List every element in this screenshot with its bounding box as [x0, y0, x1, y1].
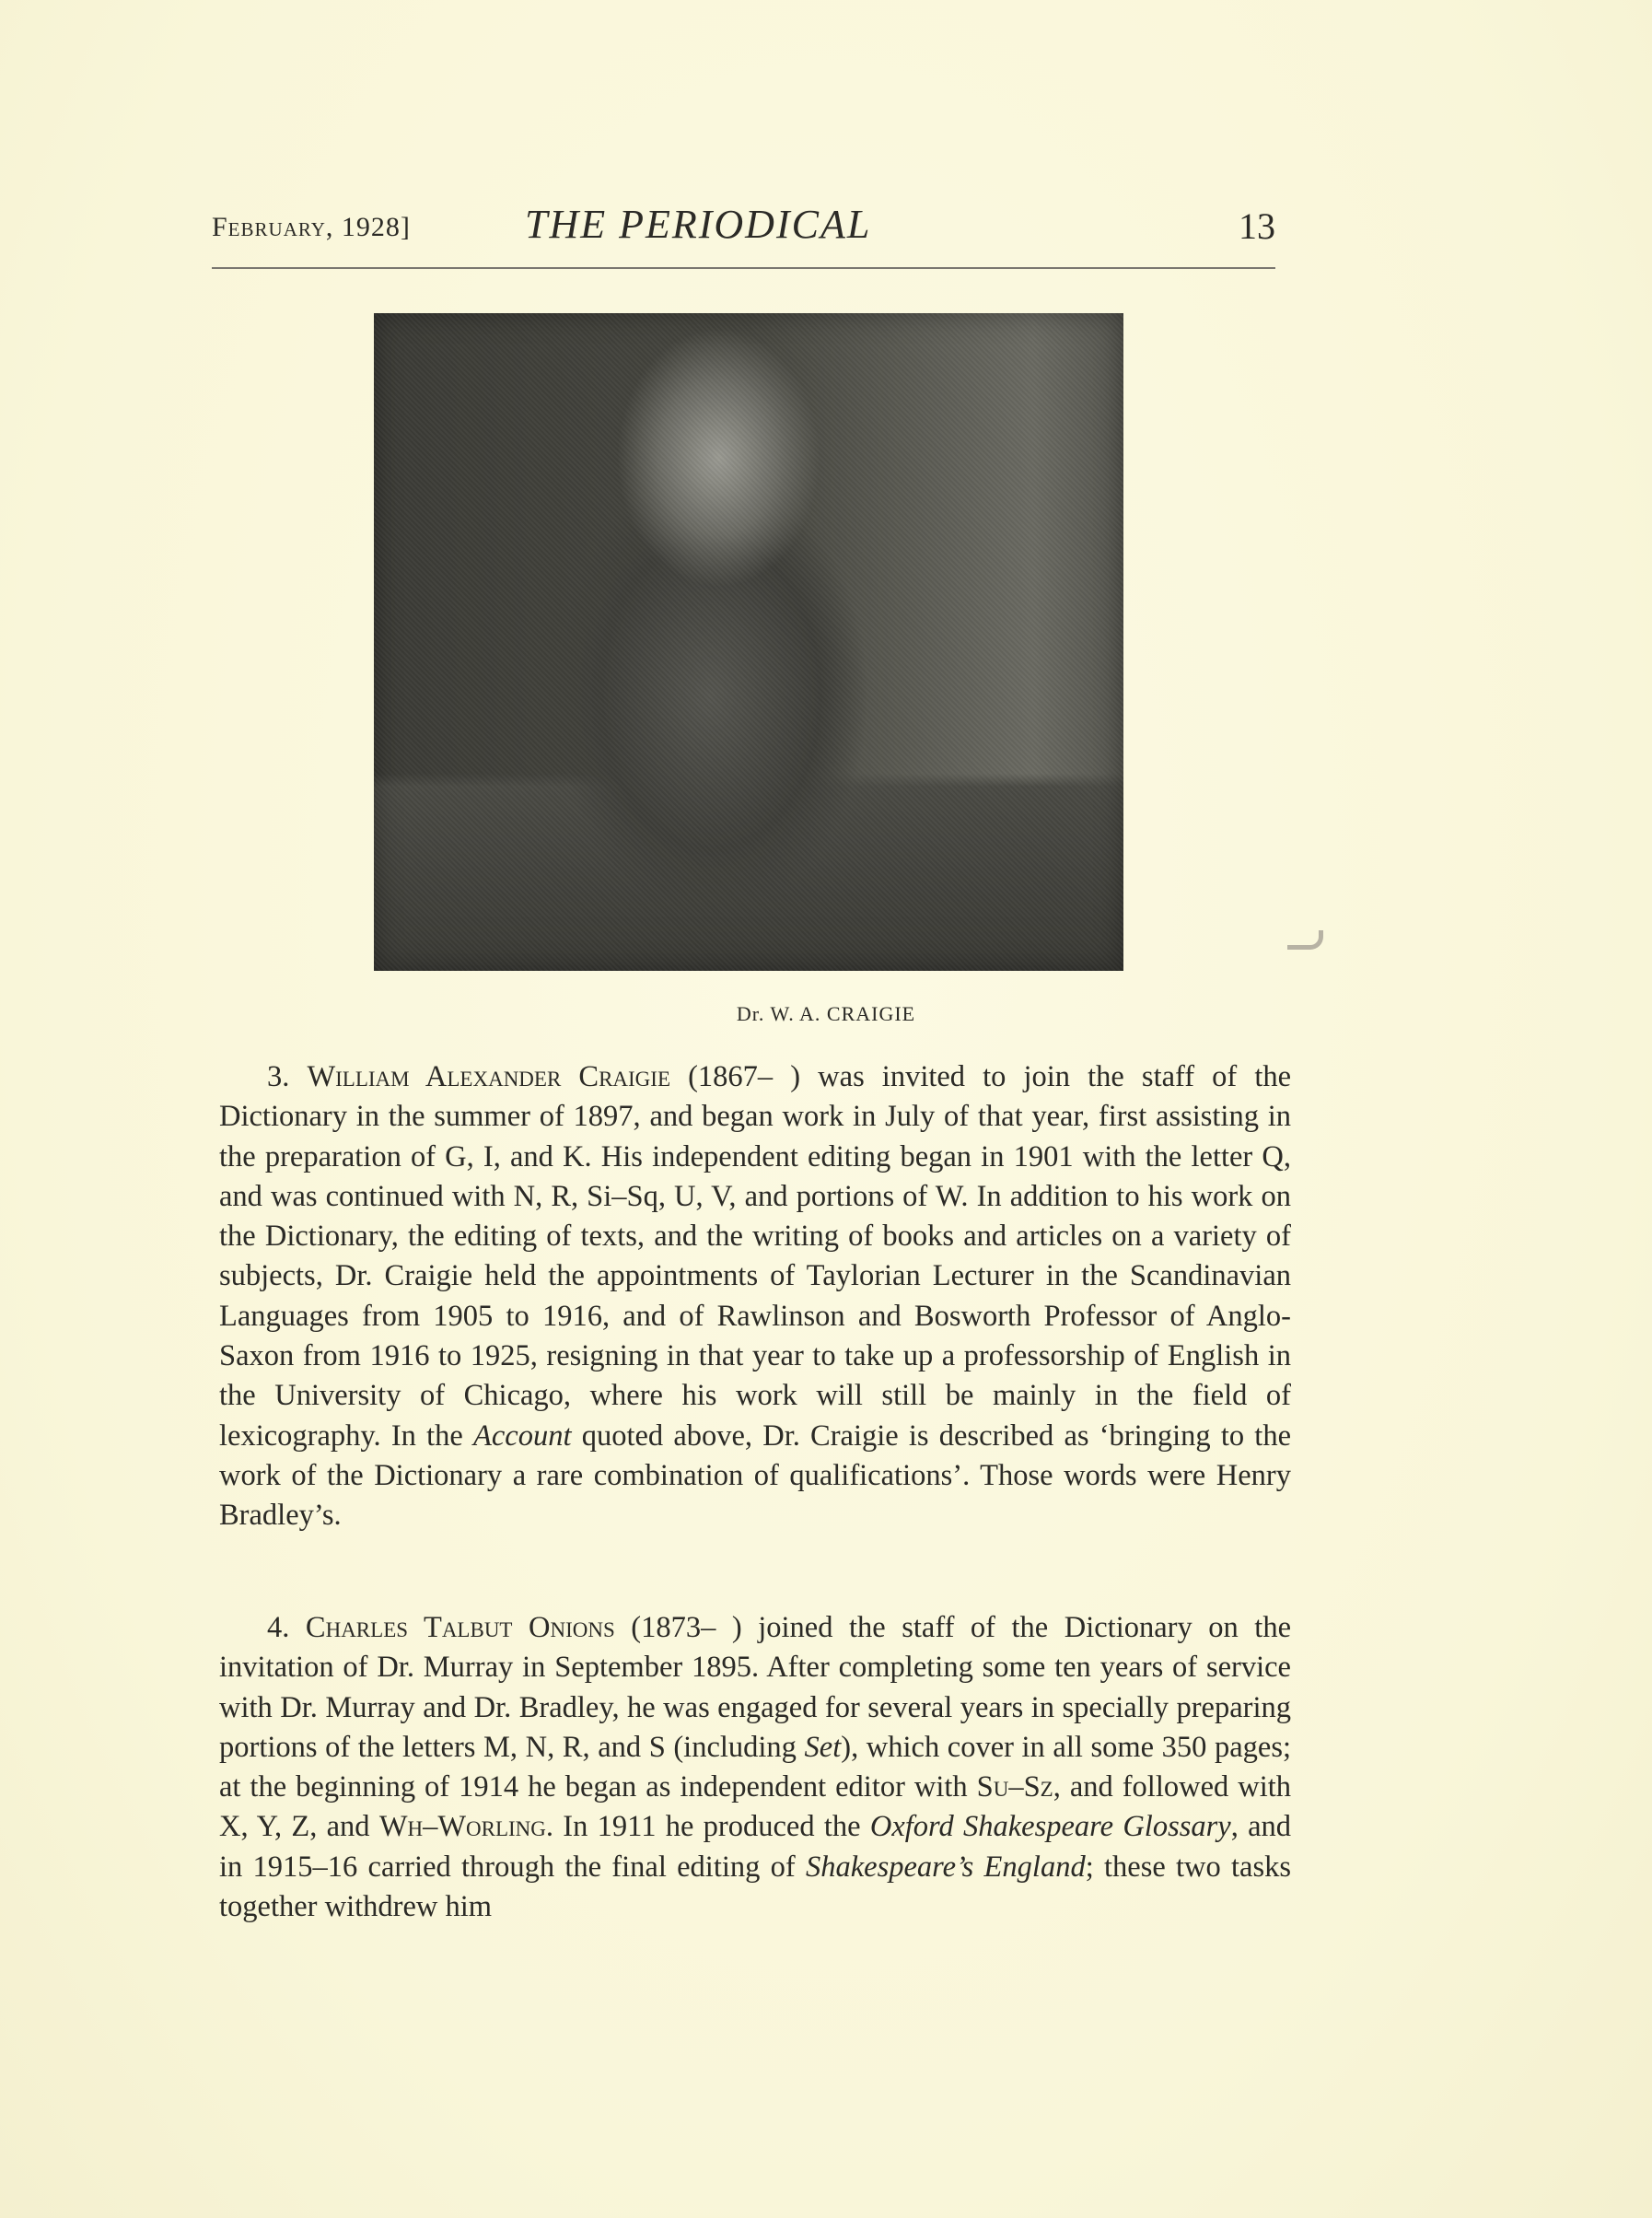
photo-caption: Dr. W. A. CRAIGIE — [0, 1002, 1652, 1026]
paragraph-onions: 4. Charles Talbut Onions (1873– ) joined… — [219, 1608, 1291, 1927]
paragraph-text: was invited to join the staff of the Dic… — [219, 1060, 1291, 1453]
running-head: February, 1928] THE PERIODICAL 13 — [212, 201, 1275, 256]
issue-date: February, 1928] — [212, 212, 411, 243]
page-number: 13 — [1239, 204, 1275, 248]
person-name: Charles Talbut Onions — [306, 1611, 615, 1644]
header-rule — [212, 267, 1275, 269]
page: February, 1928] THE PERIODICAL 13 Dr. W.… — [0, 0, 1652, 2218]
paragraph-number: 4. — [267, 1611, 289, 1644]
account-title: Account — [473, 1419, 571, 1453]
person-name: William Alexander Craigie — [307, 1060, 670, 1093]
life-dates: (1867– ) — [688, 1060, 800, 1093]
book-title-glossary: Oxford Shakespeare Glossary — [870, 1810, 1231, 1843]
letter-range-wh-worling: Wh–Worling — [379, 1810, 546, 1843]
paragraph-craigie: 3. William Alexander Craigie (1867– ) wa… — [219, 1057, 1291, 1536]
photo-halftone-texture — [374, 313, 1123, 971]
letter-range-su-sz: Su–Sz — [977, 1770, 1053, 1804]
italic-term-set: Set — [805, 1731, 842, 1764]
life-dates: (1873– ) — [631, 1611, 741, 1644]
portrait-photo — [374, 313, 1123, 971]
paragraph-text: . In 1911 he produced the — [546, 1810, 861, 1843]
periodical-title: THE PERIODICAL — [525, 201, 871, 248]
book-title-shakespeares-england: Shakespeare’s England — [806, 1850, 1086, 1884]
ink-smudge — [1287, 930, 1323, 950]
paragraph-number: 3. — [267, 1060, 289, 1093]
